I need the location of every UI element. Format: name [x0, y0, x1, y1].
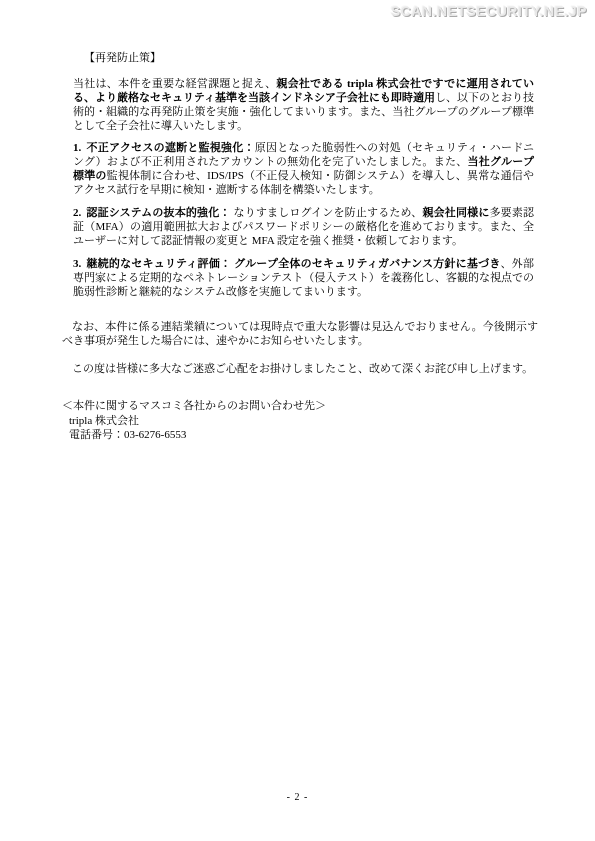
contact-phone: 電話番号：03-6276-6553 — [62, 428, 326, 443]
countermeasure-item-1: 1.不正アクセスの遮断と監視強化：原因となった脆弱性への対処（セキュリティ・ハー… — [73, 141, 534, 197]
financial-impact-paragraph: なお、本件に係る連結業績については現時点で重大な影響は見込んでおりません。今後開… — [62, 320, 538, 348]
apology-paragraph: この度は皆様に多大なご迷惑ご心配をお掛けしましたこと、改めて深くお詫び申し上げま… — [62, 362, 538, 376]
list-number-1: 1. — [73, 142, 81, 154]
countermeasure-item-2: 2.認証システムの抜本的強化： なりすましログインを防止するため、親会社同様に多… — [73, 206, 534, 248]
section-heading: 【再発防止策】 — [84, 51, 161, 65]
page-number: - 2 - — [0, 791, 595, 805]
contact-block: ＜本件に関するマスコミ各社からのお問い合わせ先＞ tripla 株式会社 電話番… — [62, 399, 326, 443]
list-number-3: 3. — [73, 258, 81, 270]
document-page: SCAN.NETSECURITY.NE.JP 【再発防止策】 当社は、本件を重要… — [0, 0, 595, 841]
site-watermark: SCAN.NETSECURITY.NE.JP — [391, 4, 587, 18]
countermeasure-text-2: 認証システムの抜本的強化： なりすましログインを防止するため、親会社同様に多要素… — [73, 207, 534, 247]
countermeasure-item-3: 3.継続的なセキュリティ評価： グループ全体のセキュリティガバナンス方針に基づき… — [73, 257, 534, 299]
countermeasure-text-1: 不正アクセスの遮断と監視強化：原因となった脆弱性への対処（セキュリティ・ハードニ… — [73, 142, 534, 196]
contact-title: ＜本件に関するマスコミ各社からのお問い合わせ先＞ — [62, 399, 326, 414]
list-number-2: 2. — [73, 207, 81, 219]
countermeasure-text-3: 継続的なセキュリティ評価： グループ全体のセキュリティガバナンス方針に基づき、外… — [73, 258, 534, 298]
contact-company: tripla 株式会社 — [62, 414, 326, 429]
intro-paragraph: 当社は、本件を重要な経営課題と捉え、親会社である tripla 株式会社ですでに… — [73, 77, 534, 133]
